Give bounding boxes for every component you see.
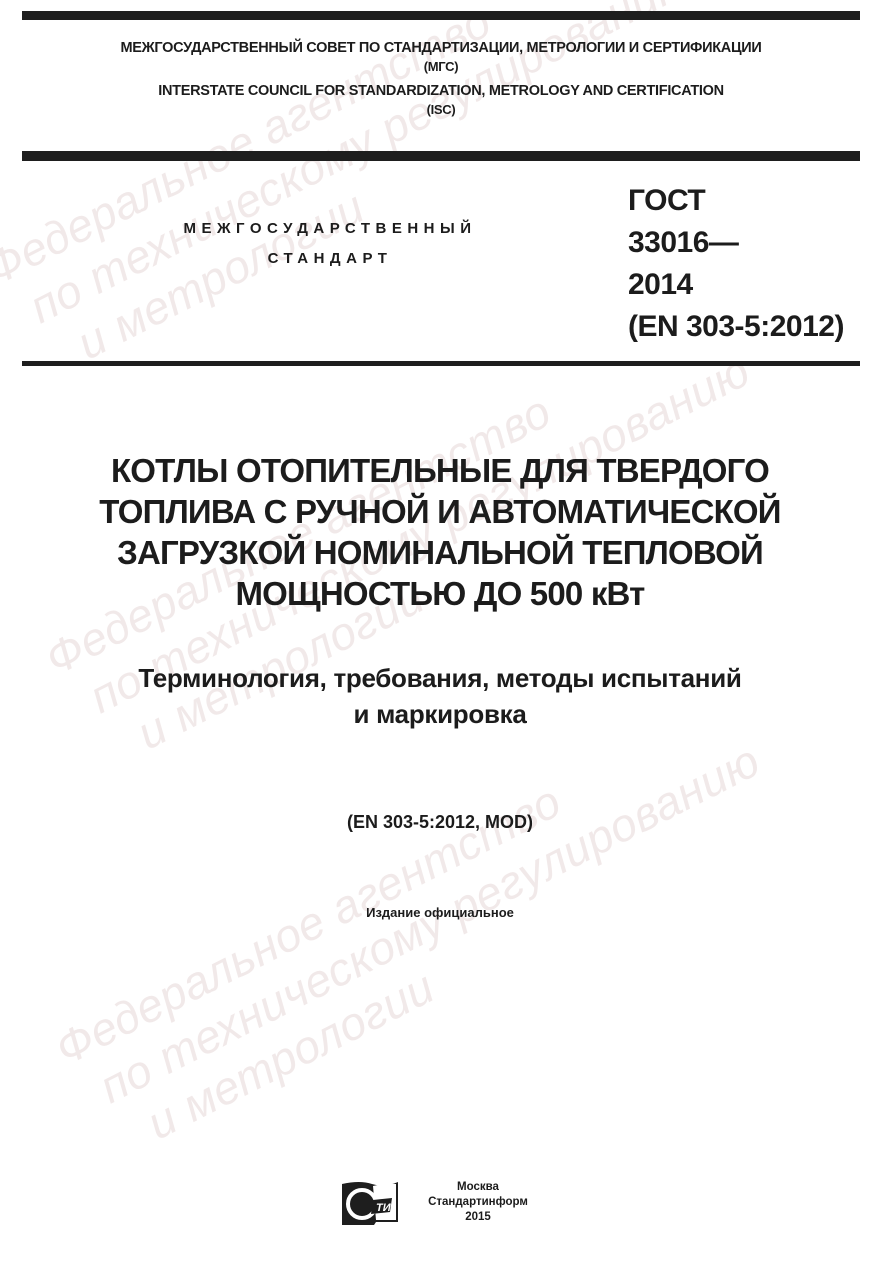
council-name-en: INTERSTATE COUNCIL FOR STANDARDIZATION, … [22,81,860,101]
standard-kind: МЕЖГОСУДАРСТВЕННЫЙ СТАНДАРТ [120,214,540,274]
standard-designation: ГОСТ 33016— 2014 (EN 303-5:2012) [628,180,844,348]
publisher-name: Стандартинформ [408,1195,548,1210]
council-header: МЕЖГОСУДАРСТВЕННЫЙ СОВЕТ ПО СТАНДАРТИЗАЦ… [22,38,860,118]
council-name-ru: МЕЖГОСУДАРСТВЕННЫЙ СОВЕТ ПО СТАНДАРТИЗАЦ… [22,38,860,58]
header-rule [22,151,860,161]
publisher-city: Москва [408,1180,548,1195]
equivalence-note: (EN 303-5:2012, MOD) [40,810,840,834]
watermark: Федеральное агентство по техническому ре… [46,685,792,1172]
publisher-block: ТИ Москва Стандартинформ 2015 [338,1176,578,1232]
designation-prefix: ГОСТ [628,180,844,222]
designation-year: 2014 [628,264,844,306]
document-cover-page: Федеральное агентство по техническому ре… [0,0,875,1262]
standartinform-logo-icon: ТИ [340,1178,400,1228]
designation-equivalent: (EN 303-5:2012) [628,306,844,348]
publisher-text: Москва Стандартинформ 2015 [408,1180,548,1225]
svg-text:ТИ: ТИ [376,1202,392,1214]
publisher-year: 2015 [408,1210,548,1225]
council-abbr-en: (ISC) [22,101,860,118]
document-subtitle: Терминология, требования, методы испытан… [40,660,840,732]
designation-number: 33016— [628,222,844,264]
document-title: КОТЛЫ ОТОПИТЕЛЬНЫЕ ДЛЯ ТВЕРДОГО ТОПЛИВА … [40,450,840,614]
edition-note: Издание официальное [40,904,840,922]
designation-rule [22,361,860,366]
top-rule [22,11,860,20]
council-abbr-ru: (МГС) [22,58,860,75]
